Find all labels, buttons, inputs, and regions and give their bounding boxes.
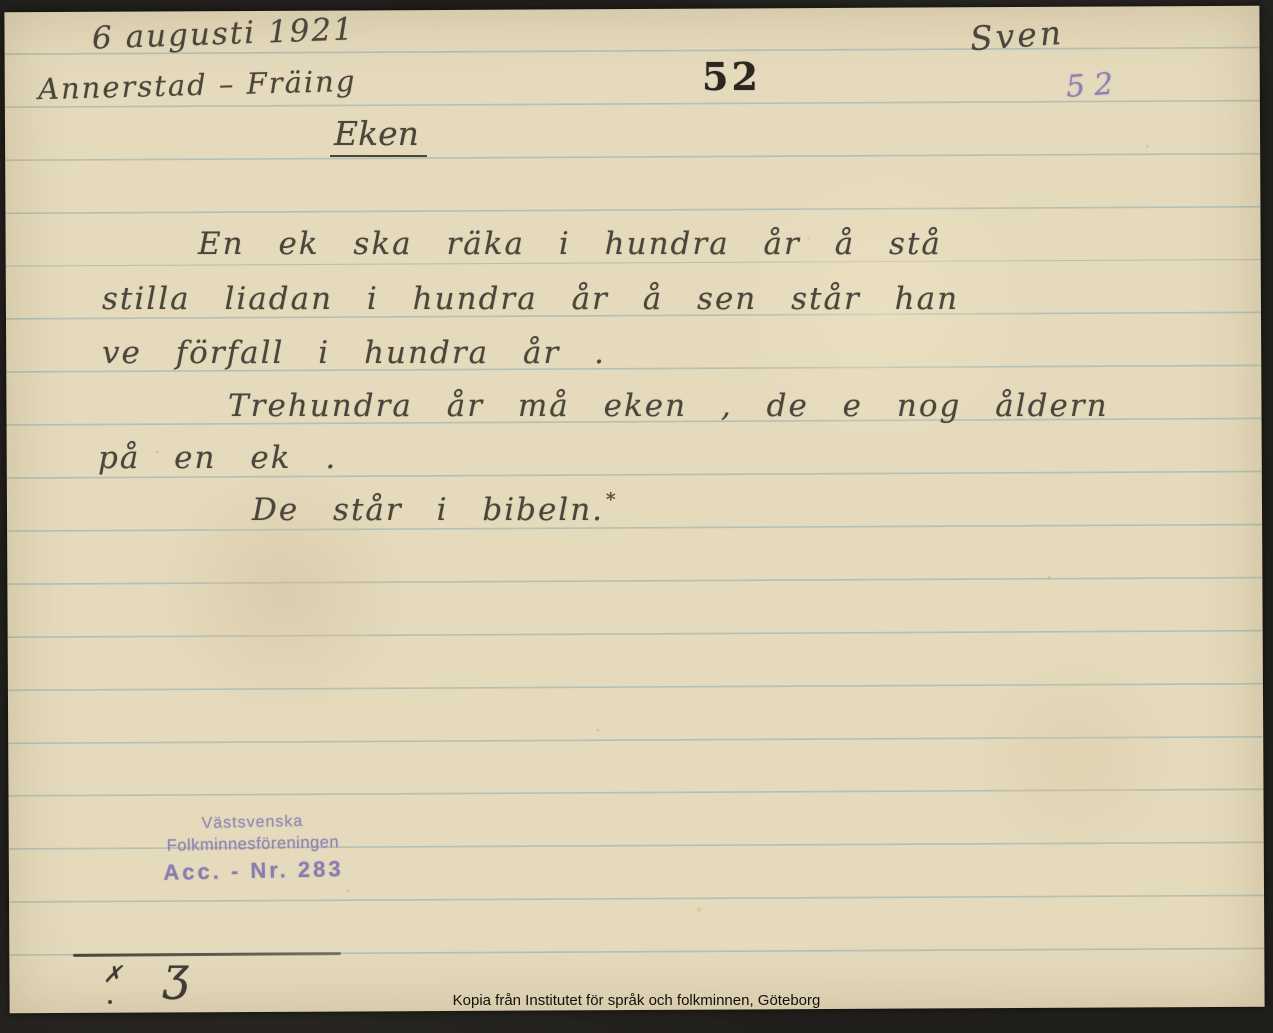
page-number-stamp: 52 — [702, 54, 761, 99]
accession-stamp-org-line2: Folkminnesföreningen — [138, 833, 368, 857]
archive-caption: Kopia från Institutet för språk och folk… — [0, 992, 1273, 1009]
handwritten-signature: Sven — [969, 13, 1066, 58]
body-line-3: ve förfall i hundra år . — [102, 335, 606, 371]
pencil-x-mark: ✗ — [103, 962, 122, 988]
body-line-6-text: De står i bibeln. — [252, 492, 604, 528]
body-line-6: De står i bibeln.* — [252, 489, 618, 528]
accession-stamp: Västsvenska Folkminnesföreningen Acc. - … — [137, 812, 368, 887]
body-line-2: stilla liadan i hundra år å sen står han — [102, 281, 959, 317]
footnote-star: * — [606, 489, 618, 511]
accession-stamp-org-line1: Västsvenska — [137, 812, 367, 835]
title-text: Eken — [330, 114, 427, 157]
handwritten-title: Eken — [330, 114, 427, 153]
body-line-1: En ek ska räka i hundra år å stå — [198, 226, 942, 262]
page-number-pencil: 52 — [1065, 66, 1123, 105]
accession-stamp-number: Acc. - Nr. 283 — [138, 856, 368, 887]
body-line-5: på en ek . — [98, 440, 337, 476]
body-line-4: Trehundra år må eken , de e nog åldern — [228, 388, 1109, 424]
